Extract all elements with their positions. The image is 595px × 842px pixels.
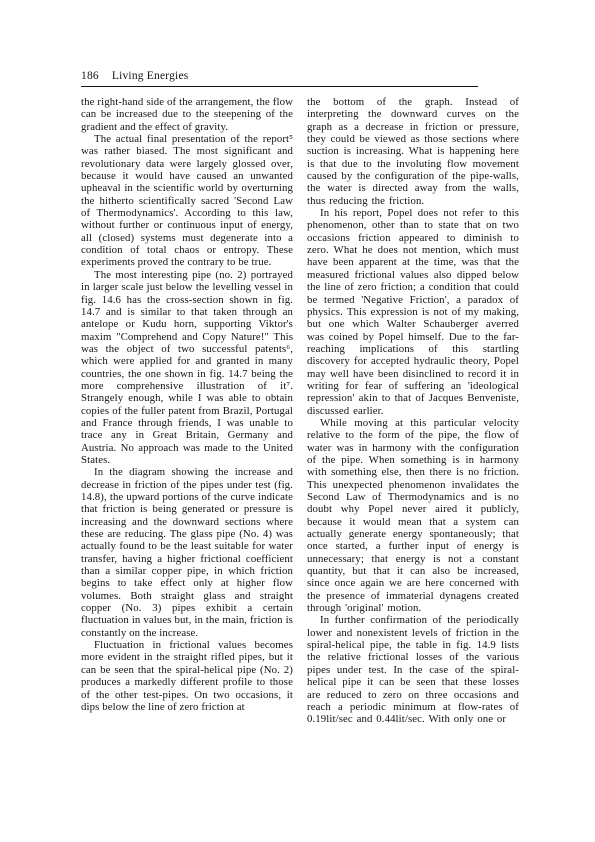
- column-left: the right-hand side of the arrangement, …: [81, 96, 293, 726]
- paragraph: In further confirmation of the periodica…: [307, 614, 519, 725]
- running-header: 186Living Energies: [81, 70, 478, 87]
- paragraph: The actual final presentation of the rep…: [81, 133, 293, 269]
- book-page: 186Living Energies the right-hand side o…: [0, 0, 595, 842]
- paragraph: the right-hand side of the arrangement, …: [81, 96, 293, 133]
- paragraph: In the diagram showing the increase and …: [81, 466, 293, 639]
- paragraph: Fluctuation in frictional values becomes…: [81, 639, 293, 713]
- paragraph: The most interesting pipe (no. 2) portra…: [81, 269, 293, 467]
- paragraph: the bottom of the graph. Instead of inte…: [307, 96, 519, 207]
- column-right: the bottom of the graph. Instead of inte…: [307, 96, 519, 726]
- page-number: 186: [81, 70, 99, 82]
- text-block: the right-hand side of the arrangement, …: [81, 96, 519, 726]
- paragraph: While moving at this particular velocity…: [307, 417, 519, 615]
- paragraph: In his report, Popel does not refer to t…: [307, 207, 519, 417]
- book-title: Living Energies: [112, 70, 189, 82]
